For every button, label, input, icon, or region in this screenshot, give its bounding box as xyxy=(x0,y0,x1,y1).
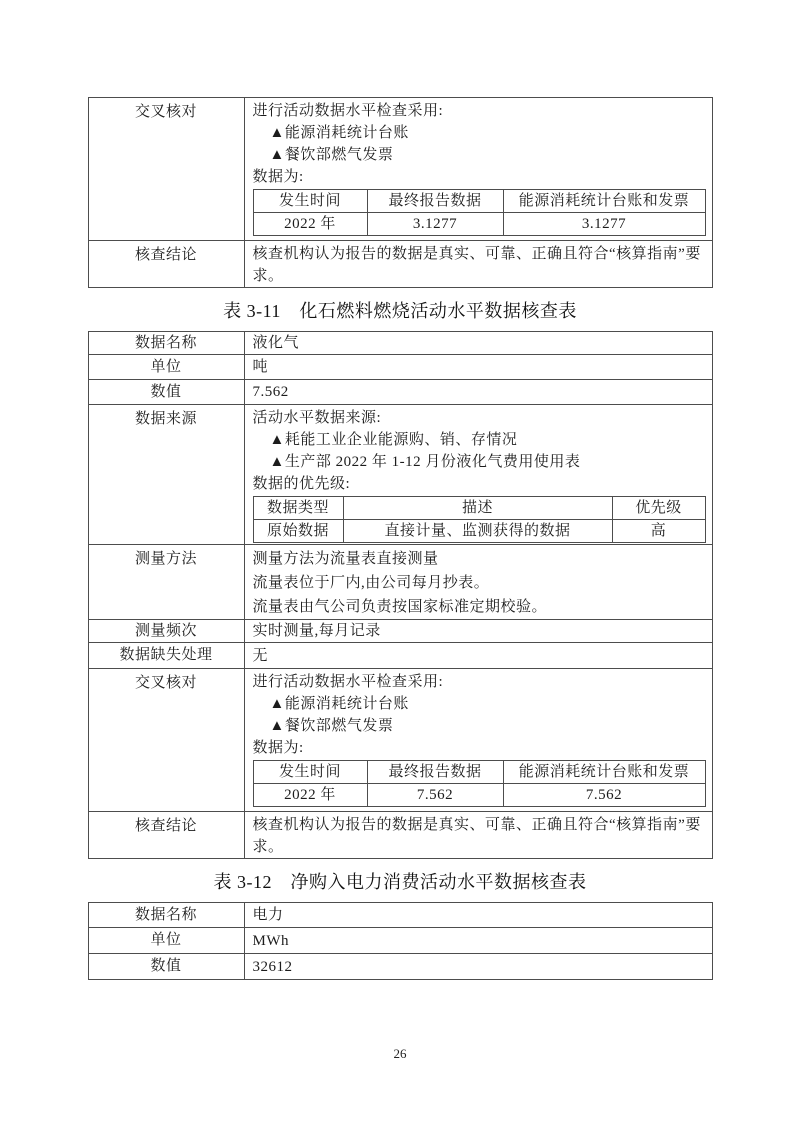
row-label-conclusion: 核查结论 xyxy=(88,241,244,288)
column-header: 发生时间 xyxy=(253,761,367,784)
table-row-value: 数值 32612 xyxy=(88,954,712,980)
data-cell: 2022 年 xyxy=(253,213,367,236)
data-name-value: 液化气 xyxy=(244,332,712,355)
table-3-12-title: 表 3-12 净购入电力消费活动水平数据核查表 xyxy=(0,872,800,893)
numeric-value: 32612 xyxy=(244,954,712,980)
column-header: 描述 xyxy=(343,497,612,520)
crosscheck-data-table: 发生时间 最终报告数据 能源消耗统计台账和发票 2022 年 3.1277 3.… xyxy=(253,189,706,236)
row-label-data-name: 数据名称 xyxy=(88,332,244,355)
row-label-crosscheck: 交叉核对 xyxy=(88,98,244,241)
row-label-missing-data: 数据缺失处理 xyxy=(88,643,244,669)
crosscheck-data-table: 发生时间 最终报告数据 能源消耗统计台账和发票 2022 年 7.562 7.5… xyxy=(253,760,706,807)
table-data-row: 2022 年 3.1277 3.1277 xyxy=(253,213,705,236)
document-page: 交叉核对 进行活动数据水平检查采用: ▲能源消耗统计台账 ▲餐饮部燃气发票 数据… xyxy=(0,0,800,1132)
table-3-11: 数据名称 液化气 单位 吨 数值 7.562 数据来源 活动水平数据来源: ▲耗… xyxy=(88,331,713,859)
data-cell: 3.1277 xyxy=(503,213,705,236)
table-row-name: 数据名称 液化气 xyxy=(88,332,712,355)
method-line: 流量表位于厂内,由公司每月抄表。 xyxy=(253,571,704,595)
priority-table: 数据类型 描述 优先级 原始数据 直接计量、监测获得的数据 高 xyxy=(253,496,706,543)
crosscheck-bullet: ▲餐饮部燃气发票 xyxy=(253,715,704,737)
crosscheck-intro: 进行活动数据水平检查采用: xyxy=(253,671,704,693)
numeric-value: 7.562 xyxy=(244,380,712,405)
row-label-data-name: 数据名称 xyxy=(88,903,244,928)
table-row-conclusion: 核查结论 核查机构认为报告的数据是真实、可靠、正确且符合“核算指南”要求。 xyxy=(88,812,712,859)
crosscheck-data-label: 数据为: xyxy=(253,166,704,188)
page-top-margin xyxy=(0,0,800,97)
page-number: 26 xyxy=(0,1046,800,1062)
table-header-row: 数据类型 描述 优先级 xyxy=(253,497,705,520)
crosscheck-cell: 进行活动数据水平检查采用: ▲能源消耗统计台账 ▲餐饮部燃气发票 数据为: 发生… xyxy=(244,669,712,812)
row-label-value: 数值 xyxy=(88,380,244,405)
table-3-10-continuation: 交叉核对 进行活动数据水平检查采用: ▲能源消耗统计台账 ▲餐饮部燃气发票 数据… xyxy=(88,97,713,288)
table-row-conclusion: 核查结论 核查机构认为报告的数据是真实、可靠、正确且符合“核算指南”要求。 xyxy=(88,241,712,288)
table-row-crosscheck: 交叉核对 进行活动数据水平检查采用: ▲能源消耗统计台账 ▲餐饮部燃气发票 数据… xyxy=(88,98,712,241)
column-header: 发生时间 xyxy=(253,190,367,213)
crosscheck-bullet: ▲能源消耗统计台账 xyxy=(253,122,704,144)
source-bullet: ▲生产部 2022 年 1-12 月份液化气费用使用表 xyxy=(253,451,704,473)
table-3-12: 数据名称 电力 单位 MWh 数值 32612 xyxy=(88,902,713,980)
data-cell: 直接计量、监测获得的数据 xyxy=(343,520,612,543)
table-row-crosscheck: 交叉核对 进行活动数据水平检查采用: ▲能源消耗统计台账 ▲餐饮部燃气发票 数据… xyxy=(88,669,712,812)
table-row-frequency: 测量频次 实时测量,每月记录 xyxy=(88,620,712,643)
data-cell: 3.1277 xyxy=(367,213,503,236)
table-row-source: 数据来源 活动水平数据来源: ▲耗能工业企业能源购、销、存情况 ▲生产部 202… xyxy=(88,405,712,545)
column-header: 数据类型 xyxy=(253,497,343,520)
row-label-value: 数值 xyxy=(88,954,244,980)
table-data-row: 原始数据 直接计量、监测获得的数据 高 xyxy=(253,520,705,543)
source-bullet: ▲耗能工业企业能源购、销、存情况 xyxy=(253,429,704,451)
missing-data-value: 无 xyxy=(244,643,712,669)
frequency-value: 实时测量,每月记录 xyxy=(244,620,712,643)
column-header: 能源消耗统计台账和发票 xyxy=(503,190,705,213)
row-label-crosscheck: 交叉核对 xyxy=(88,669,244,812)
row-label-conclusion: 核查结论 xyxy=(88,812,244,859)
table-row-missing-data: 数据缺失处理 无 xyxy=(88,643,712,669)
source-intro: 活动水平数据来源: xyxy=(253,407,704,429)
column-header: 最终报告数据 xyxy=(367,761,503,784)
column-header: 最终报告数据 xyxy=(367,190,503,213)
crosscheck-bullet: ▲餐饮部燃气发票 xyxy=(253,144,704,166)
data-cell: 7.562 xyxy=(503,784,705,807)
table-3-11-title: 表 3-11 化石燃料燃烧活动水平数据核查表 xyxy=(0,301,800,322)
unit-value: MWh xyxy=(244,928,712,954)
table-row-unit: 单位 MWh xyxy=(88,928,712,954)
row-label-source: 数据来源 xyxy=(88,405,244,545)
table-row-method: 测量方法 测量方法为流量表直接测量 流量表位于厂内,由公司每月抄表。 流量表由气… xyxy=(88,545,712,620)
row-label-unit: 单位 xyxy=(88,928,244,954)
row-label-frequency: 测量频次 xyxy=(88,620,244,643)
method-line: 测量方法为流量表直接测量 xyxy=(253,547,704,571)
table-row-name: 数据名称 电力 xyxy=(88,903,712,928)
row-label-unit: 单位 xyxy=(88,355,244,380)
table-header-row: 发生时间 最终报告数据 能源消耗统计台账和发票 xyxy=(253,761,705,784)
column-header: 优先级 xyxy=(612,497,705,520)
conclusion-text: 核查机构认为报告的数据是真实、可靠、正确且符合“核算指南”要求。 xyxy=(244,812,712,859)
crosscheck-cell: 进行活动数据水平检查采用: ▲能源消耗统计台账 ▲餐饮部燃气发票 数据为: 发生… xyxy=(244,98,712,241)
crosscheck-data-label: 数据为: xyxy=(253,737,704,759)
data-cell: 2022 年 xyxy=(253,784,367,807)
table-data-row: 2022 年 7.562 7.562 xyxy=(253,784,705,807)
source-priority-label: 数据的优先级: xyxy=(253,473,704,495)
crosscheck-bullet: ▲能源消耗统计台账 xyxy=(253,693,704,715)
crosscheck-intro: 进行活动数据水平检查采用: xyxy=(253,100,704,122)
table-row-unit: 单位 吨 xyxy=(88,355,712,380)
unit-value: 吨 xyxy=(244,355,712,380)
conclusion-text: 核查机构认为报告的数据是真实、可靠、正确且符合“核算指南”要求。 xyxy=(244,241,712,288)
table-header-row: 发生时间 最终报告数据 能源消耗统计台账和发票 xyxy=(253,190,705,213)
source-cell: 活动水平数据来源: ▲耗能工业企业能源购、销、存情况 ▲生产部 2022 年 1… xyxy=(244,405,712,545)
data-cell: 7.562 xyxy=(367,784,503,807)
data-name-value: 电力 xyxy=(244,903,712,928)
data-cell: 高 xyxy=(612,520,705,543)
data-cell: 原始数据 xyxy=(253,520,343,543)
column-header: 能源消耗统计台账和发票 xyxy=(503,761,705,784)
row-label-method: 测量方法 xyxy=(88,545,244,620)
method-line: 流量表由气公司负责按国家标准定期校验。 xyxy=(253,595,704,619)
table-row-value: 数值 7.562 xyxy=(88,380,712,405)
method-cell: 测量方法为流量表直接测量 流量表位于厂内,由公司每月抄表。 流量表由气公司负责按… xyxy=(244,545,712,620)
